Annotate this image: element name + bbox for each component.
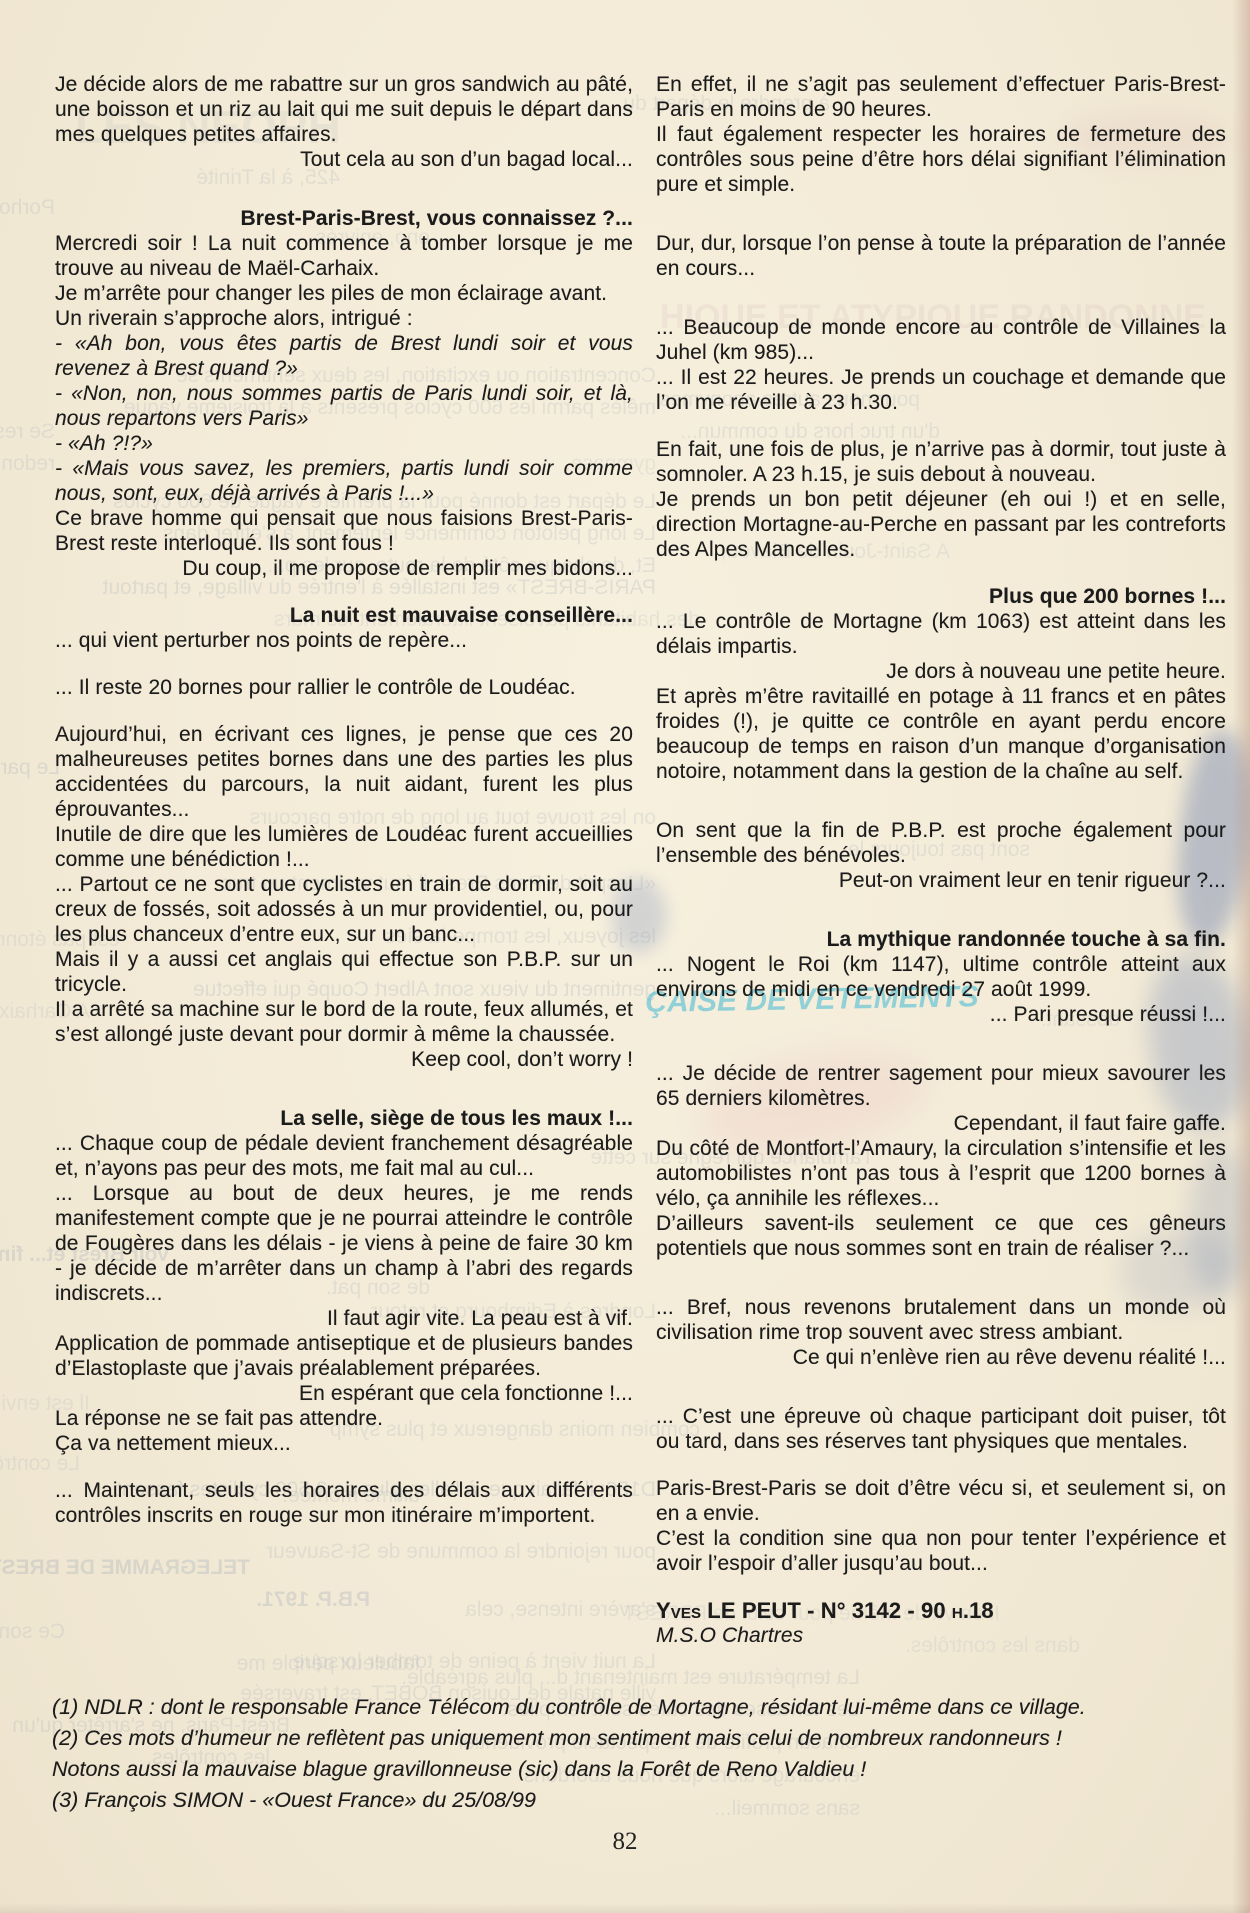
section-heading: La selle, siège de tous les maux !... [55, 1106, 633, 1131]
paragraph: ... Le contrôle de Mortagne (km 1063) es… [656, 609, 1226, 659]
showthrough-text: La nuit vient à peine de tomber lorsque [293, 1650, 656, 1674]
footnotes-block: (1) NDLR : dont le responsable France Té… [52, 1692, 1212, 1816]
paragraph: D’ailleurs savent-ils seulement ce que c… [656, 1211, 1226, 1261]
right-aligned-line: Keep cool, don’t worry ! [55, 1047, 633, 1072]
showthrough-text: Ce sont ses articles [0, 1620, 65, 1644]
paragraph: On sent que la fin de P.B.P. est proche … [656, 818, 1226, 868]
paragraph: ... C’est une épreuve où chaque particip… [656, 1404, 1226, 1454]
footnote-line: Notons aussi la mauvaise blague gravillo… [52, 1754, 1212, 1785]
showthrough-text: La température est maintenant d... plus … [401, 1666, 860, 1690]
paragraph: Ce brave homme qui pensait que nous fais… [55, 506, 633, 556]
dialogue-line: - «Non, non, nous sommes partis de Paris… [55, 381, 633, 431]
right-aligned-line: Ce qui n’enlève rien au rêve devenu réal… [656, 1345, 1226, 1370]
section-heading: Brest-Paris-Brest, vous connaissez ?... [55, 206, 633, 231]
showthrough-text: Porhoët, nous croisons les premiers, ils… [0, 196, 55, 220]
showthrough-text: Se restaurer en compagnie [0, 420, 55, 444]
paragraph: En fait, une fois de plus, je n’arrive p… [656, 437, 1226, 487]
right-aligned-line: Du coup, il me propose de remplir mes bi… [55, 556, 633, 581]
showthrough-text: TELEGRAMME DE BREST [0, 1556, 250, 1580]
scan-edge-shadow-right [1232, 0, 1250, 1913]
footnote-line: (3) François SIMON - «Ouest France» du 2… [52, 1785, 1212, 1816]
dialogue-line: - «Mais vous savez, les premiers, partis… [55, 456, 633, 506]
paragraph: Et après m’être ravitaillé en potage à 1… [656, 684, 1226, 784]
paragraph: ... Partout ce ne sont que cyclistes en … [55, 872, 633, 947]
showthrough-text: Le parcours qui nous conduit de LOUDEAC … [0, 756, 60, 780]
paragraph: Je décide alors de me rabattre sur un gr… [55, 72, 633, 147]
paragraph: Il faut également respecter les horaires… [656, 122, 1226, 197]
paragraph: ... Il reste 20 bornes pour rallier le c… [55, 675, 633, 700]
scan-edge-shadow-bottom [0, 1903, 1250, 1913]
showthrough-text: P.B.P. 1971. [256, 1588, 370, 1612]
article-right-column: En effet, il ne s’agit pas seulement d’e… [656, 72, 1226, 1648]
paragraph: ... Nogent le Roi (km 1147), ultime cont… [656, 952, 1226, 1002]
right-aligned-line: Peut-on vraiment leur en tenir rigueur ?… [656, 868, 1226, 893]
paragraph: Je m’arrête pour changer les piles de mo… [55, 281, 633, 306]
right-aligned-line: En espérant que cela fonctionne !... [55, 1381, 633, 1406]
section-heading: La mythique randonnée touche à sa fin. [656, 927, 1226, 952]
paragraph: ... Beaucoup de monde encore au contrôle… [656, 315, 1226, 365]
paragraph: Aujourd’hui, en écrivant ces lignes, je … [55, 722, 633, 822]
showthrough-text: fabuleux périple me [237, 1652, 420, 1676]
paragraph: Du côté de Montfort-l’Amaury, la circula… [656, 1136, 1226, 1211]
paragraph: ... Maintenant, seuls les horaires des d… [55, 1478, 633, 1528]
paragraph: Paris-Brest-Paris se doit d’être vécu si… [656, 1476, 1226, 1526]
right-aligned-line: Je dors à nouveau une petite heure. [656, 659, 1226, 684]
paragraph: Un riverain s’approche alors, intrigué : [55, 306, 633, 331]
paragraph: Application de pommade antiseptique et d… [55, 1331, 633, 1381]
dialogue-line: - «Ah bon, vous êtes partis de Brest lun… [55, 331, 633, 381]
section-heading: Plus que 200 bornes !... [656, 584, 1226, 609]
paragraph: Mais il y a aussi cet anglais qui effect… [55, 947, 633, 997]
paragraph: Je prends un bon petit déjeuner (eh oui … [656, 487, 1226, 562]
paragraph: C’est la condition sine qua non pour ten… [656, 1526, 1226, 1576]
scanned-magazine-page: { "page": { "number": "82" }, "article":… [0, 0, 1250, 1913]
paragraph: ... Chaque coup de pédale devient franch… [55, 1131, 633, 1181]
paragraph: Il a arrêté sa machine sur le bord de la… [55, 997, 633, 1047]
paragraph: ... Je décide de rentrer sagement pour m… [656, 1061, 1226, 1111]
footnote-line: (2) Ces mots d’humeur ne reflètent pas u… [52, 1723, 1212, 1754]
showthrough-text: s'avère intense, cela [465, 1598, 656, 1622]
paragraph: Inutile de dire que les lumières de Loud… [55, 822, 633, 872]
paragraph: ... qui vient perturber nos points de re… [55, 628, 633, 653]
paragraph: ... Bref, nous revenons brutalement dans… [656, 1295, 1226, 1345]
section-heading: La nuit est mauvaise conseillère... [55, 603, 633, 628]
paragraph: La réponse ne se fait pas attendre. [55, 1406, 633, 1431]
right-aligned-line: Il faut agir vite. La peau est à vif. [55, 1306, 633, 1331]
showthrough-text: redonne du baume au cœur [0, 452, 55, 476]
right-aligned-line: ... Pari presque réussi !... [656, 1002, 1226, 1027]
author-club: M.S.O Chartres [656, 1623, 1226, 1648]
paragraph: Ça va nettement mieux... [55, 1431, 633, 1456]
article-left-column: Je décide alors de me rabattre sur un gr… [55, 72, 633, 1528]
paragraph: En effet, il ne s’agit pas seulement d’e… [656, 72, 1226, 122]
paragraph: Dur, dur, lorsque l’on pense à toute la … [656, 231, 1226, 281]
footnote-line: (1) NDLR : dont le responsable France Té… [52, 1692, 1212, 1723]
dialogue-line: - «Ah ?!?» [55, 431, 633, 456]
paragraph: Mercredi soir ! La nuit commence à tombe… [55, 231, 633, 281]
page-number: 82 [0, 1828, 1250, 1856]
right-aligned-line: Cependant, il faut faire gaffe. [656, 1111, 1226, 1136]
right-aligned-line: Tout cela au son d’un bagad local... [55, 147, 633, 172]
paragraph: ... Lorsque au bout de deux heures, je m… [55, 1181, 633, 1306]
showthrough-text: pour rejoindre la commune de St-Sauveur [266, 1540, 656, 1564]
paragraph: ... Il est 22 heures. Je prends un couch… [656, 365, 1226, 415]
author-signature: Yves LE PEUT - N° 3142 - 90 h.18 [656, 1598, 1226, 1623]
